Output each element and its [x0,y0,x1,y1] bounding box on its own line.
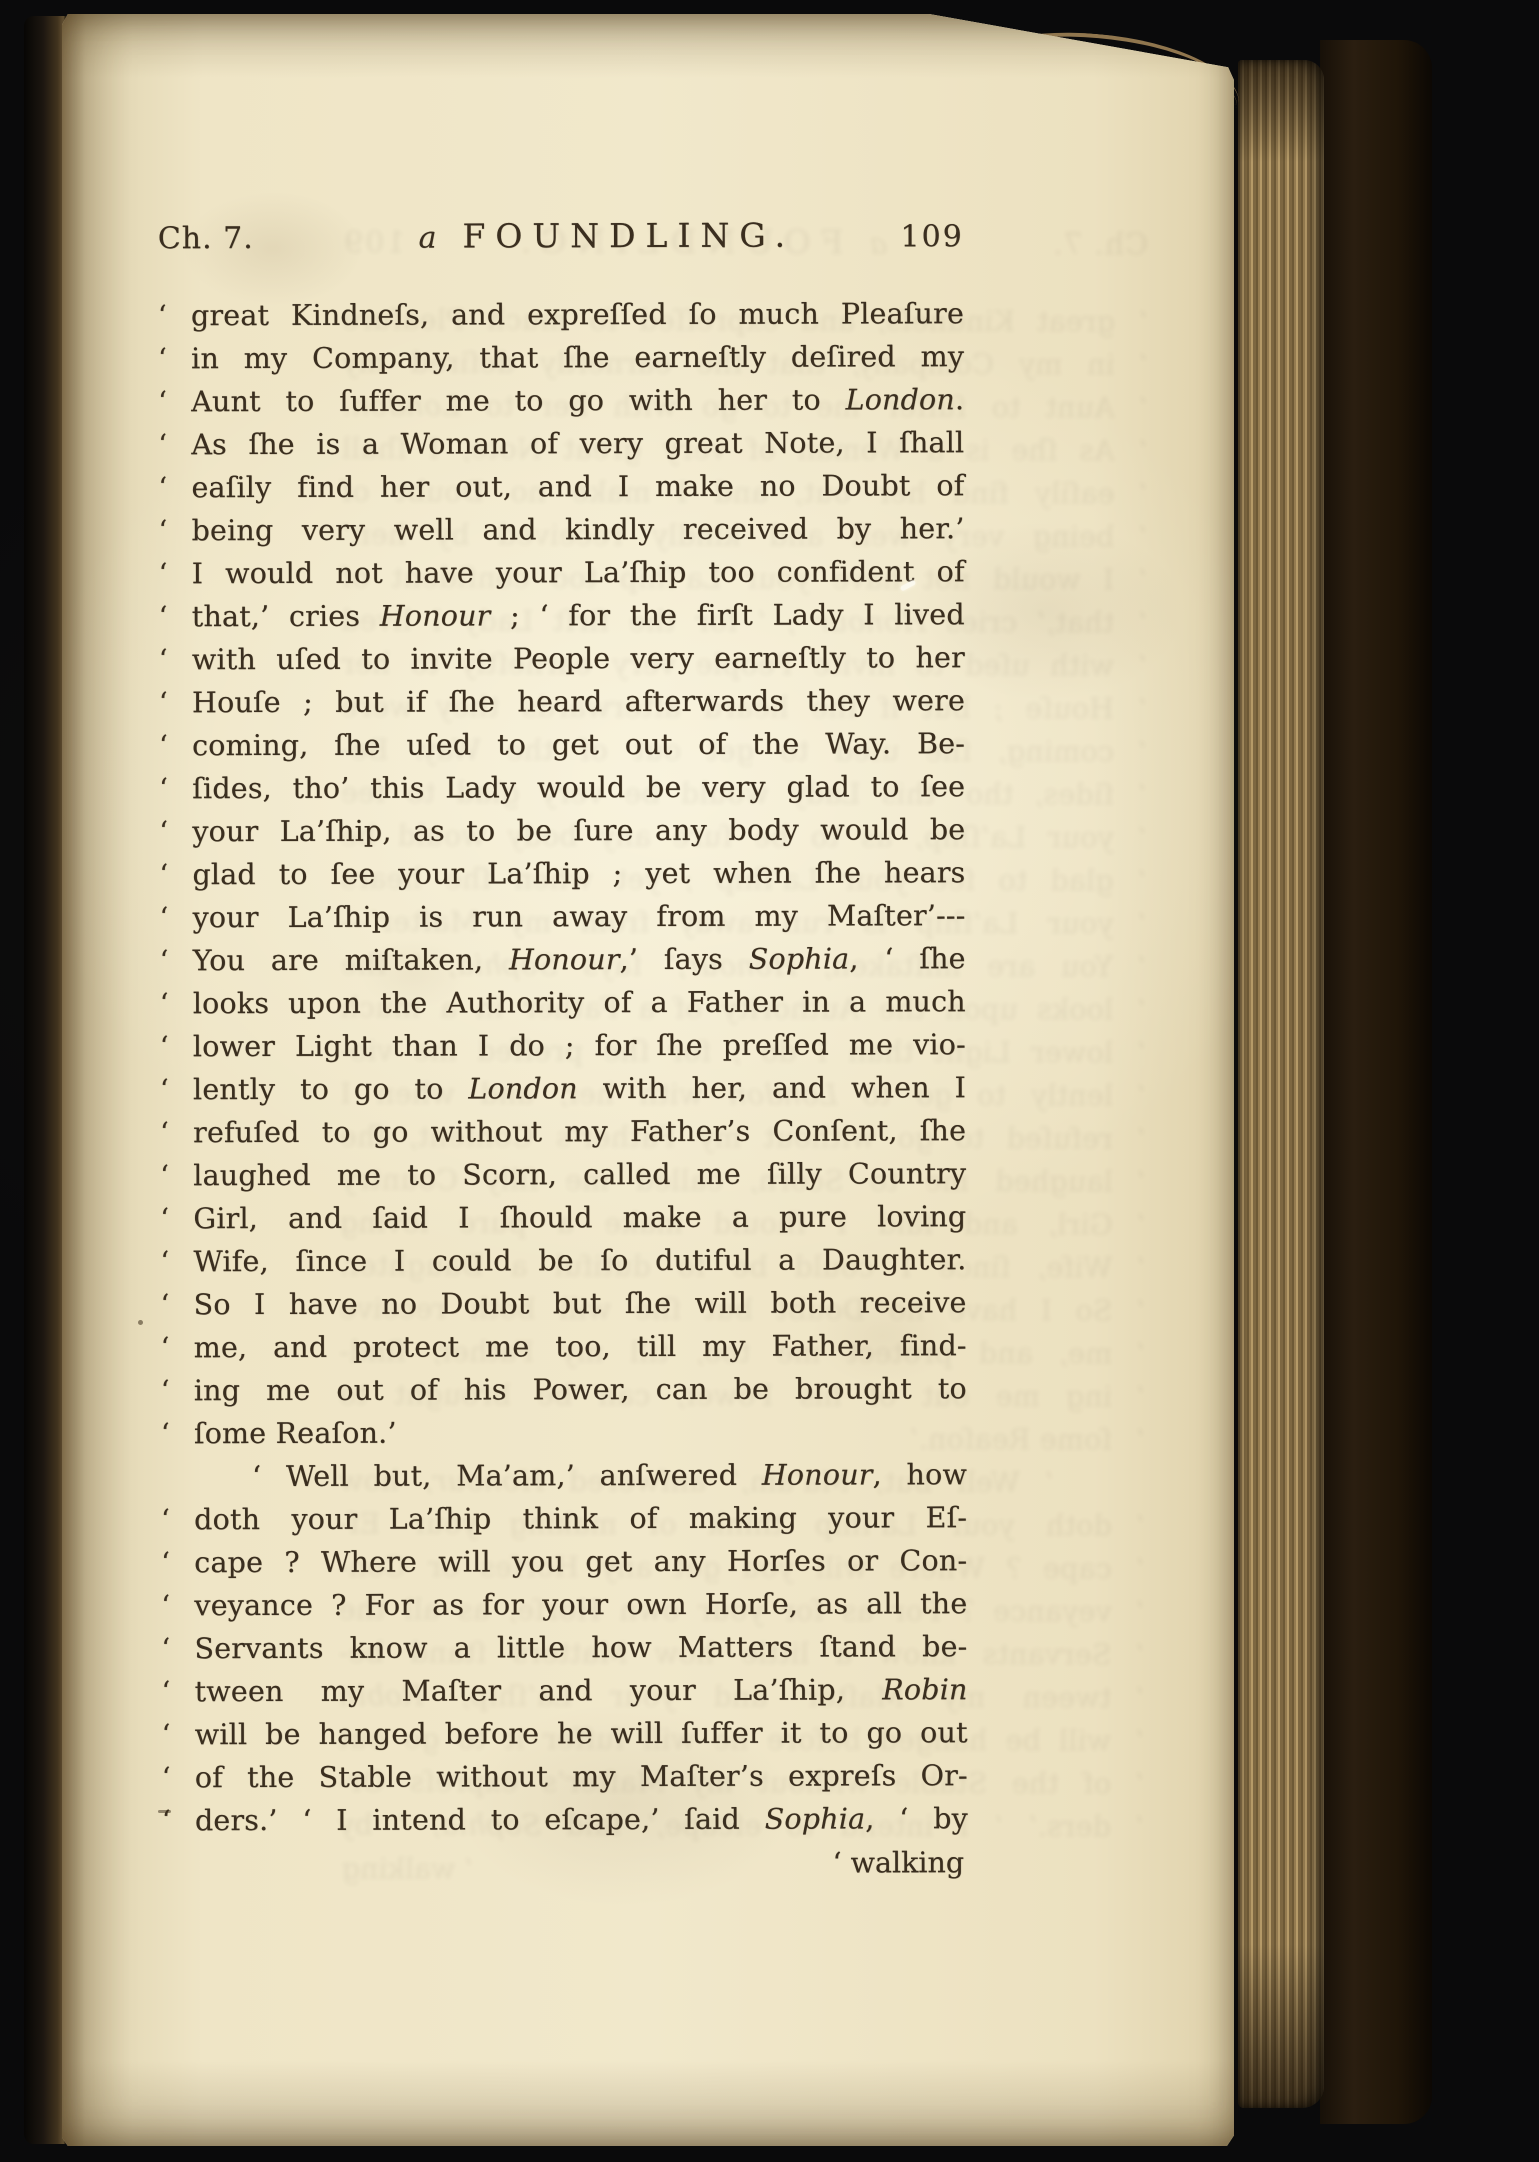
line-text: looks upon the Authority of a Father in … [193,980,966,1025]
running-title-word: FOUNDLING. [462,216,795,256]
line-text: me, and protect me too, till my Father, … [194,1324,967,1369]
margin-quote: ‘ [159,810,192,853]
margin-quote [161,1455,194,1498]
text-line: ‘laughed me to Scorn, called me ſilly Co… [160,1152,966,1197]
margin-quote: ‘ [161,1498,194,1541]
line-text: Servants know a little how Matters ſtand… [194,1625,967,1670]
page-body: ‘great Kindneſs, and expreſſed ſo much P… [158,292,968,1842]
margin-quote: ‘ [160,1068,193,1111]
text-line: ‘lower Light than I do ; for ſhe preſſed… [160,1023,966,1068]
margin-quote: ‘ [159,853,192,896]
margin-quote: ‘ [158,466,191,509]
text-line: ‘ders.’ ‘ I intend to eſcape,’ ſaid Soph… [162,1797,968,1842]
text-line: ‘ing me out of his Power, can be brought… [161,1367,967,1412]
margin-quote: ‘ [159,552,192,595]
text-line: ‘looks upon the Authority of a Father in… [160,980,966,1025]
book-left-page-edge [24,16,66,2144]
margin-quote: ‘ [159,681,192,724]
margin-quote: ‘ [158,380,191,423]
text-line: ‘will be hanged before he will ſuffer it… [162,1711,968,1756]
text-line: ‘ſome Reaſon.’ [161,1410,967,1455]
running-title: aFOUNDLING. [418,216,795,256]
text-line: ‘being very well and kindly received by … [159,507,965,552]
italic-word: Honour [762,1458,873,1491]
line-text: Girl, and ſaid I ſhould make a pure lovi… [193,1195,966,1240]
margin-quote: ‘ [160,1111,193,1154]
photo-scene: Ch. 7. aFOUNDLING. 109 ‘great Kindneſs, … [0,0,1539,2162]
text-line: ‘Servants know a little how Matters ſtan… [161,1625,967,1670]
line-text: Aunt to ſuffer me to go with her to Lond… [191,378,964,423]
text-line: ‘of the Stable without my Maſter’s expre… [162,1754,968,1799]
line-text: with uſed to invite People very earneſtl… [192,636,965,681]
margin-quote: ‘ [158,337,191,380]
margin-quote: ‘ [161,1369,194,1412]
margin-quote: ‘ [160,982,193,1025]
line-text: your La’ſhip, as to be ſure any body wou… [192,808,965,853]
margin-quote: ‘ [161,1627,194,1670]
margin-quote: ‘ [162,1670,195,1713]
text-line: ‘Aunt to ſuffer me to go with her to Lon… [158,378,964,423]
margin-quote: ‘ [159,638,192,681]
margin-quote: ‘ [160,939,193,982]
margin-quote: ‘ [161,1412,194,1455]
catchword-text: ‘ walking [832,1846,964,1879]
line-text: eaſily find her out, and I make no Doubt… [191,464,964,509]
text-line: ‘refuſed to go without my Father’s Conſe… [160,1109,966,1154]
margin-quote: ‘ [159,509,192,552]
line-text: laughed me to Scorn, called me ſilly Cou… [193,1152,966,1197]
line-text: of the Stable without my Maſter’s expreſ… [195,1754,968,1799]
line-text: So I have no Doubt but ſhe will both rec… [194,1281,967,1326]
text-line: ‘eaſily find her out, and I make no Doub… [158,464,964,509]
margin-quote: ‘ [162,1799,195,1842]
line-text: glad to ſee your La’ſhip ; yet when ſhe … [192,851,965,896]
italic-word: London [846,383,955,416]
text-line: ‘veyance ? For as for your own Horſe, as… [161,1582,967,1627]
text-line: ‘So I have no Doubt but ſhe will both re… [161,1281,967,1326]
line-text: in my Company, that ſhe earneſtly deſire… [191,335,964,380]
margin-quote: ‘ [158,423,191,466]
margin-quote: ‘ [159,724,192,767]
text-line: ‘great Kindneſs, and expreſſed ſo much P… [158,292,964,337]
margin-quote: ‘ [161,1541,194,1584]
text-line: ‘Wife, ſince I could be ſo dutiful a Dau… [160,1238,966,1283]
margin-quote: ‘ [160,1240,193,1283]
italic-word: Sophia [765,1802,866,1835]
italic-word: London [468,1072,577,1105]
catchword: ‘ walking [162,1841,964,1886]
text-line: ‘your La’ſhip, as to be ſure any body wo… [159,808,965,853]
line-text: cape ? Where will you get any Horſes or … [194,1539,967,1584]
line-text: veyance ? For as for your own Horſe, as … [194,1582,967,1627]
text-line: ‘your La’ſhip is run away from my Maſter… [160,894,966,939]
text-line: ‘me, and protect me too, till my Father,… [161,1324,967,1369]
margin-quote: ‘ [162,1756,195,1799]
text-line: ‘coming, ſhe uſed to get out of the Way.… [159,722,965,767]
text-line: ‘ Well but, Ma’am,’ anſwered Honour, how [161,1453,967,1498]
text-line: ‘Houſe ; but if ſhe heard afterwards the… [159,679,965,724]
italic-word: Sophia [749,942,850,975]
line-text: your La’ſhip is run away from my Maſter’… [193,894,966,939]
margin-quote: ‘ [158,294,191,337]
page-header: Ch. 7. aFOUNDLING. 109 [158,215,964,256]
line-text: tween my Maſter and your La’ſhip, Robin [195,1668,968,1713]
line-text: ſides, tho’ this Lady would be very glad… [192,765,965,810]
line-text: Houſe ; but if ſhe heard afterwards they… [192,679,965,724]
margin-quote: ‘ [161,1584,194,1627]
text-line: ‘tween my Maſter and your La’ſhip, Robin [162,1668,968,1713]
book-page: Ch. 7. aFOUNDLING. 109 ‘great Kindneſs, … [62,14,1234,2146]
text-line: ‘As ſhe is a Woman of very great Note, I… [158,421,964,466]
italic-word: Robin [882,1673,967,1706]
text-line: ‘with uſed to invite People very earneſt… [159,636,965,681]
text-line: ‘lently to go to London with her, and wh… [160,1066,966,1111]
text-line: ‘I would not have your La’ſhip too confi… [159,550,965,595]
line-text: refuſed to go without my Father’s Conſen… [193,1109,966,1154]
text-line: ‘You are miſtaken, Honour,’ ſays Sophia,… [160,937,966,982]
text-line: ‘in my Company, that ſhe earneſtly deſir… [158,335,964,380]
margin-quote: ‘ [161,1283,194,1326]
margin-quote: ‘ [160,1154,193,1197]
page-number: 109 [900,219,963,254]
line-text: will be hanged before he will ſuffer it … [195,1711,968,1756]
line-text: that,’ cries Honour ; ‘ for the firſt La… [192,593,965,638]
line-text: lower Light than I do ; for ſhe preſſed … [193,1023,966,1068]
line-text: ‘ Well but, Ma’am,’ anſwered Honour, how [194,1453,967,1498]
margin-quote: ‘ [160,1197,193,1240]
line-text: being very well and kindly received by h… [192,507,965,552]
text-line: ‘Girl, and ſaid I ſhould make a pure lov… [160,1195,966,1240]
margin-quote: ‘ [161,1326,194,1369]
line-text: great Kindneſs, and expreſſed ſo much Pl… [191,292,964,337]
line-text: You are miſtaken, Honour,’ ſays Sophia, … [193,937,966,982]
text-line: ‘doth your La’ſhip think of making your … [161,1496,967,1541]
chapter-label: Ch. 7. [158,221,254,256]
margin-quote: ‘ [159,595,192,638]
running-title-article: a [418,221,436,256]
margin-quote: ‘ [160,896,193,939]
line-text: ing me out of his Power, can be brought … [194,1367,967,1412]
italic-word: Honour [509,943,620,976]
book-cover-binding [1320,40,1432,2124]
text-stack: Ch. 7. aFOUNDLING. 109 ‘great Kindneſs, … [59,12,1237,2147]
italic-word: Honour [380,599,491,632]
text-line: ‘ſides, tho’ this Lady would be very gla… [159,765,965,810]
line-text: lently to go to London with her, and whe… [193,1066,966,1111]
margin-quote: ‘ [159,767,192,810]
page-fore-edge-stack [1238,60,1324,2108]
line-text: coming, ſhe uſed to get out of the Way. … [192,722,965,767]
line-text: ders.’ ‘ I intend to eſcape,’ ſaid Sophi… [195,1797,968,1842]
line-text: As ſhe is a Woman of very great Note, I … [191,421,964,466]
text-line: ‘glad to ſee your La’ſhip ; yet when ſhe… [159,851,965,896]
line-text: ſome Reaſon.’ [194,1410,967,1455]
text-line: ‘that,’ cries Honour ; ‘ for the firſt L… [159,593,965,638]
line-text: doth your La’ſhip think of making your E… [194,1496,967,1541]
text-line: ‘cape ? Where will you get any Horſes or… [161,1539,967,1584]
line-text: I would not have your La’ſhip too confid… [192,550,965,595]
line-text: Wife, ſince I could be ſo dutiful a Daug… [193,1238,966,1283]
margin-quote: ‘ [162,1713,195,1756]
margin-quote: ‘ [160,1025,193,1068]
